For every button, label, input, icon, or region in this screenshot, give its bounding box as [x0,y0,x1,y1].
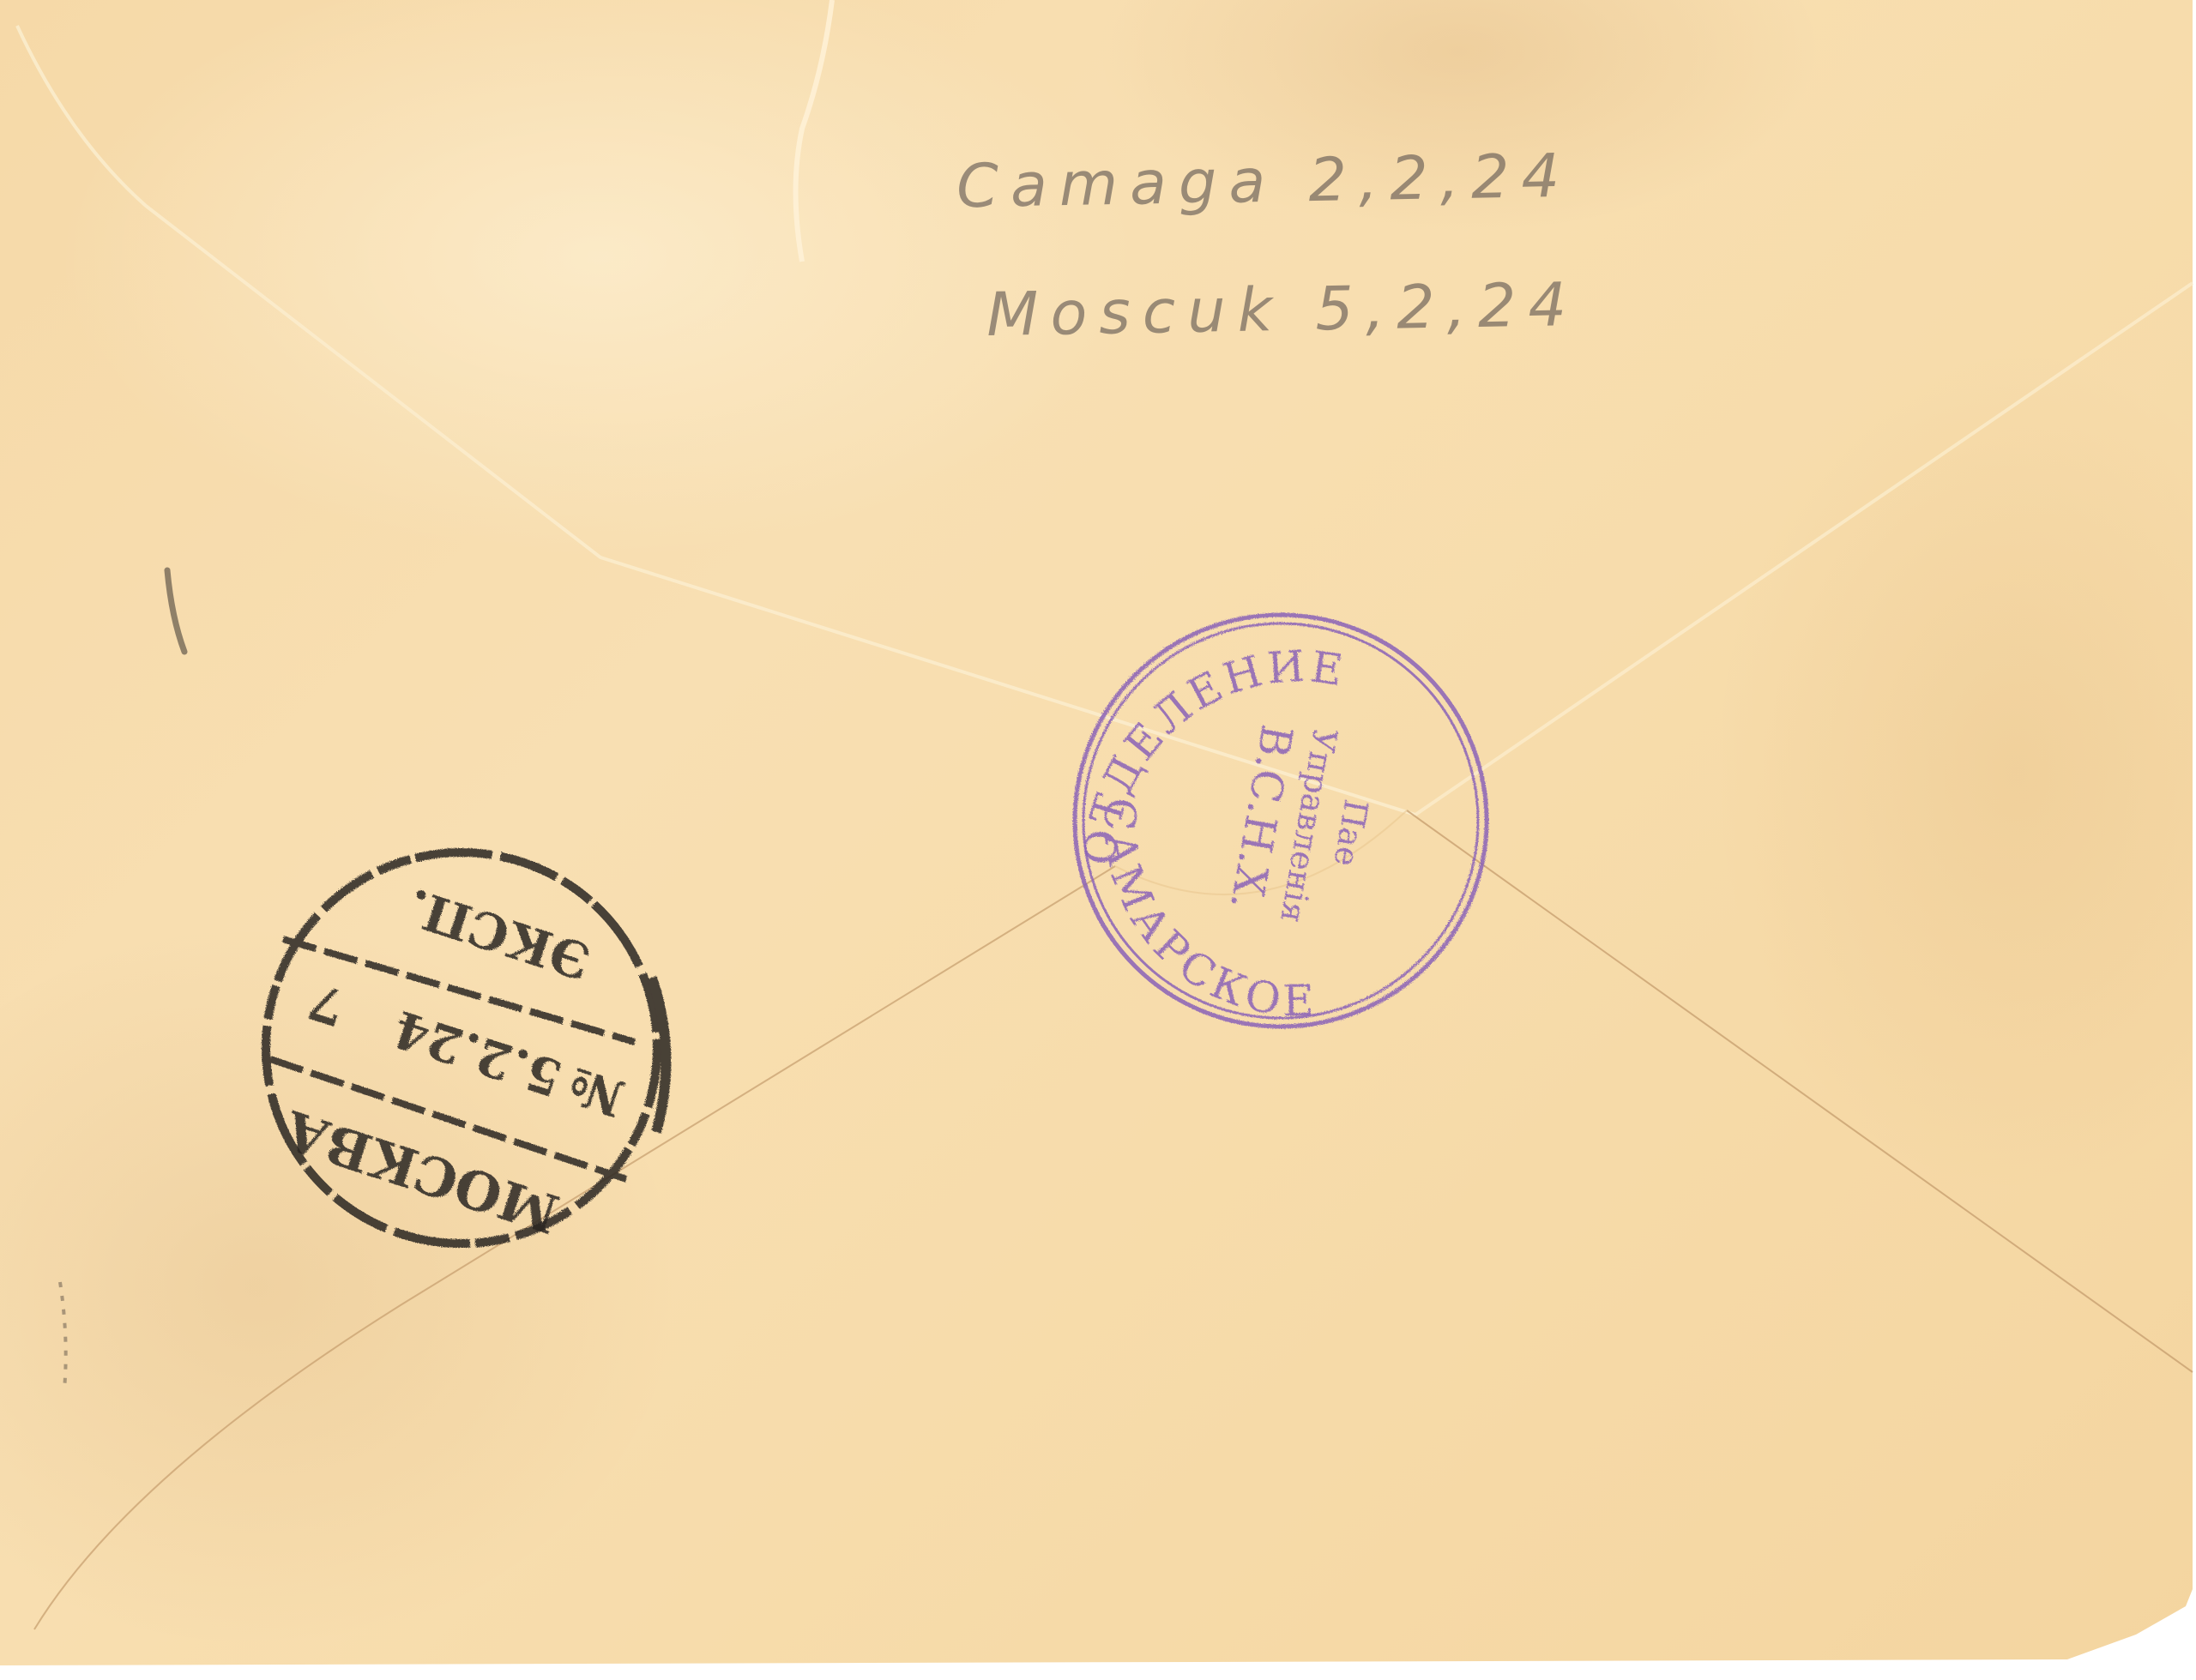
postmark-bottom-text: МОСКВА [276,1098,566,1245]
postmark-number-symbol: № [561,1056,630,1128]
purple-stamp-line-1: Пае [1326,797,1375,870]
postmark-number: 7 [301,971,352,1037]
purple-stamp-text: ОТДЕЛЕНИЕ САМАРСКОЕ Пае Управленія В.С.Н… [1075,641,1386,1027]
postmark-top-text: ЭКСП. [400,877,597,991]
pencil-note-departure: Camaga 2,2,24 [956,141,1572,222]
envelope-details: ОТДЕЛЕНИЕ САМАРСКОЕ Пае Управленія В.С.Н… [0,0,2196,1680]
pencil-note-arrival: Moscuk 5,2,24 [986,269,1578,350]
